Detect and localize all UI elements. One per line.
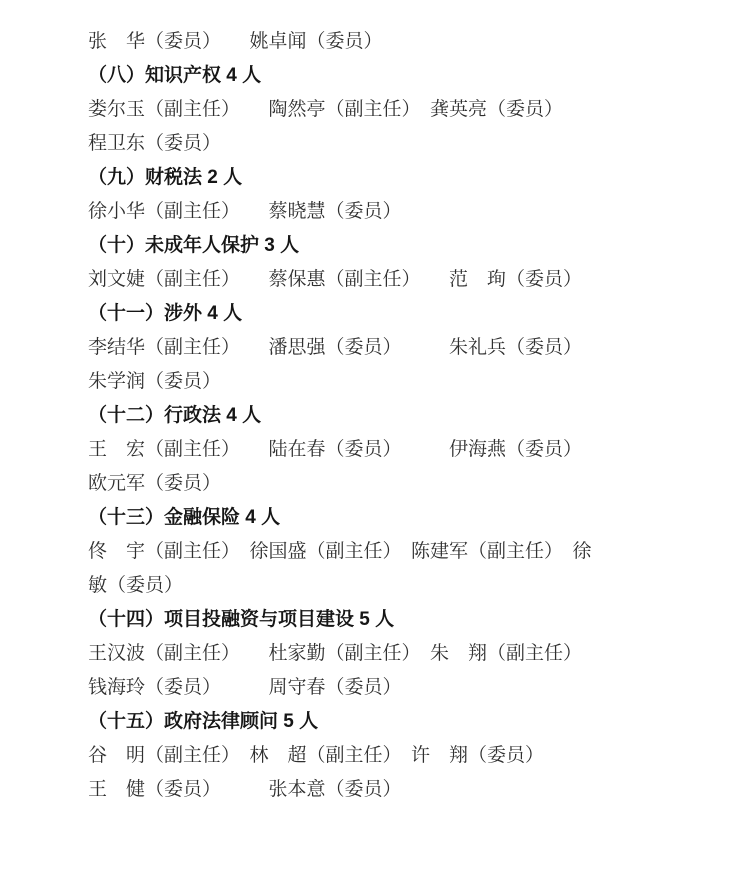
member-row: 程卫东（委员） [88, 127, 708, 161]
section-heading-foreign: （十一）涉外 4 人 [88, 297, 708, 331]
member-row: 朱学润（委员） [88, 365, 708, 399]
member-row: 张 华（委员） 姚卓闻（委员） [88, 25, 708, 59]
section-heading-government-counsel: （十五）政府法律顾问 5 人 [88, 705, 708, 739]
section-heading-minor-protection: （十）未成年人保护 3 人 [88, 229, 708, 263]
section-heading-tax: （九）财税法 2 人 [88, 161, 708, 195]
member-row: 王 健（委员） 张本意（委员） [88, 773, 708, 807]
member-row: 钱海玲（委员） 周守春（委员） [88, 671, 708, 705]
member-row: 王 宏（副主任） 陆在春（委员） 伊海燕（委员） [88, 433, 708, 467]
document-page: 张 华（委员） 姚卓闻（委员） （八）知识产权 4 人 娄尔玉（副主任） 陶然亭… [0, 0, 733, 869]
member-row: 佟 宇（副主任） 徐国盛（副主任） 陈建军（副主任） 徐 [88, 535, 708, 569]
member-row: 欧元军（委员） [88, 467, 708, 501]
section-heading-investment-construction: （十四）项目投融资与项目建设 5 人 [88, 603, 708, 637]
member-row: 王汉波（副主任） 杜家勤（副主任） 朱 翔（副主任） [88, 637, 708, 671]
member-row: 娄尔玉（副主任） 陶然亭（副主任） 龚英亮（委员） [88, 93, 708, 127]
section-heading-administrative-law: （十二）行政法 4 人 [88, 399, 708, 433]
member-row: 徐小华（副主任） 蔡晓慧（委员） [88, 195, 708, 229]
document-content: 张 华（委员） 姚卓闻（委员） （八）知识产权 4 人 娄尔玉（副主任） 陶然亭… [88, 25, 708, 807]
member-row: 李结华（副主任） 潘思强（委员） 朱礼兵（委员） [88, 331, 708, 365]
section-heading-ip: （八）知识产权 4 人 [88, 59, 708, 93]
member-row: 谷 明（副主任） 林 超（副主任） 许 翔（委员） [88, 739, 708, 773]
member-row: 敏（委员） [88, 569, 708, 603]
member-row: 刘文婕（副主任） 蔡保惠（副主任） 范 珣（委员） [88, 263, 708, 297]
section-heading-finance-insurance: （十三）金融保险 4 人 [88, 501, 708, 535]
